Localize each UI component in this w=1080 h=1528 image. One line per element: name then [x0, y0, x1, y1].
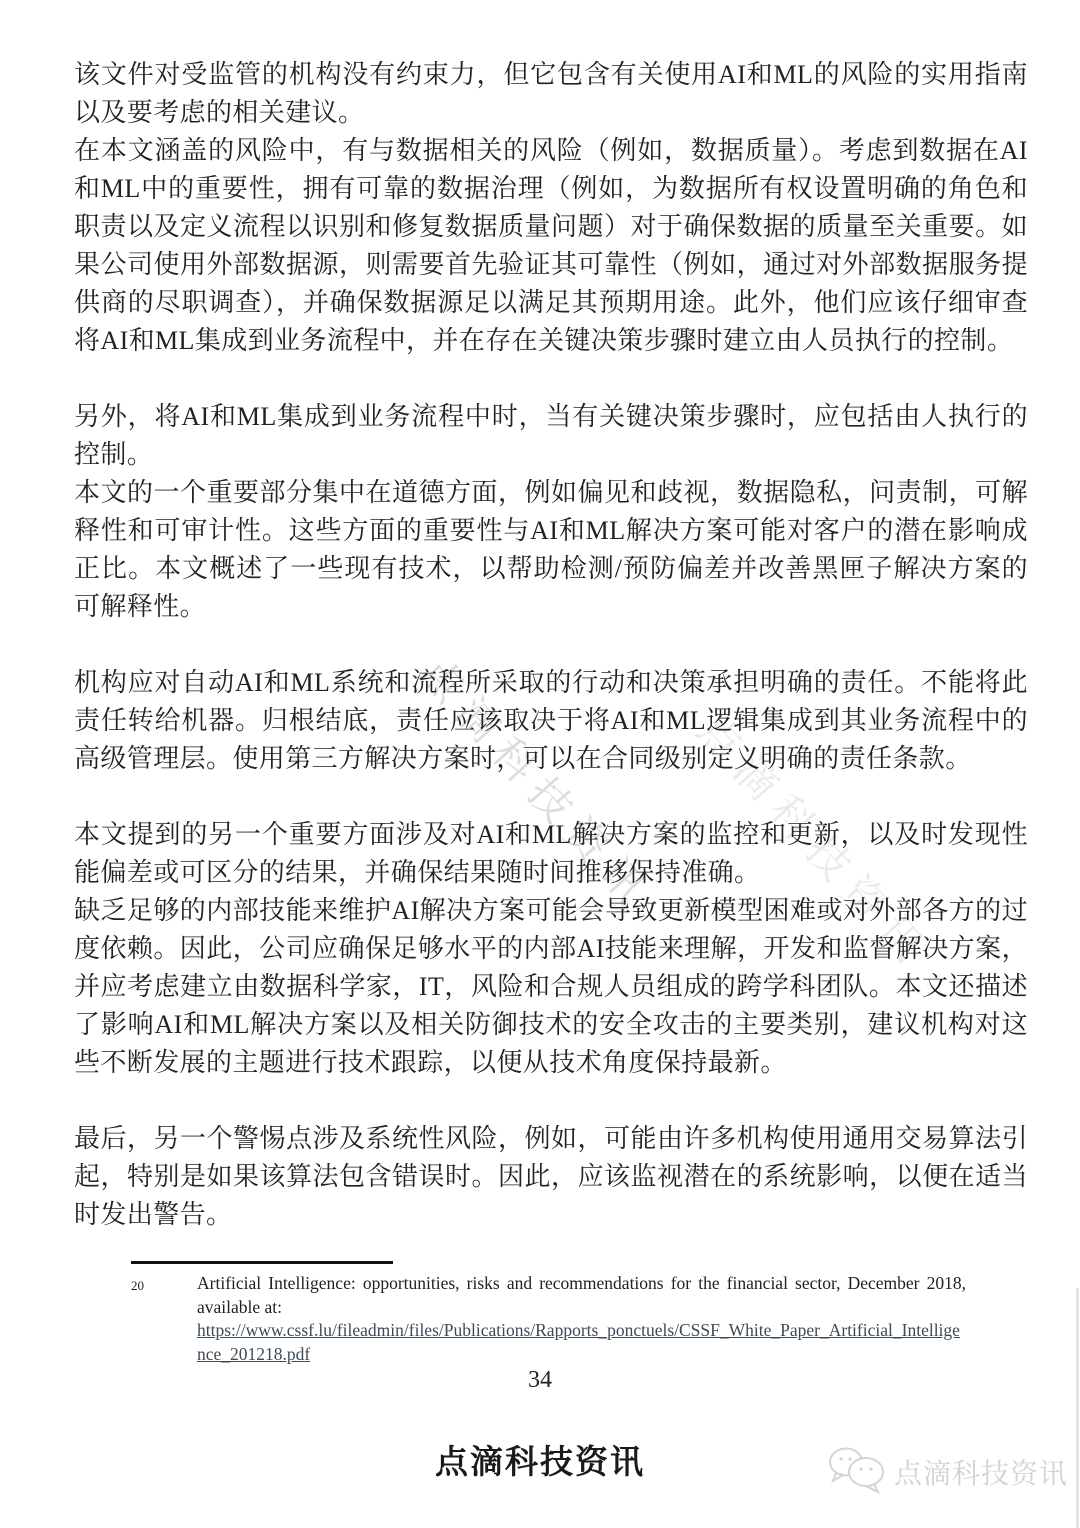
body-paragraph: 缺乏足够的内部技能来维护AI解决方案可能会导致更新模型困难或对外部各方的过度依赖… — [74, 892, 1028, 1082]
body-paragraph: 本文的一个重要部分集中在道德方面，例如偏见和歧视，数据隐私，问责制，可解释性和可… — [74, 474, 1028, 626]
body-paragraph: 在本文涵盖的风险中，有与数据相关的风险（例如，数据质量）。考虑到数据在AI和ML… — [74, 132, 1028, 360]
footnote-marker: 20 — [131, 1274, 144, 1298]
body-paragraph: 最后，另一个警惕点涉及系统性风险，例如，可能由许多机构使用通用交易算法引起，特别… — [74, 1120, 1028, 1234]
document-body: 该文件对受监管的机构没有约束力，但它包含有关使用AI和ML的风险的实用指南以及要… — [74, 56, 1028, 1234]
footnote-body: Artificial Intelligence: opportunities, … — [197, 1272, 966, 1366]
body-paragraph: 另外，将AI和ML集成到业务流程中时，当有关键决策步骤时，应包括由人执行的控制。 — [74, 398, 1028, 474]
footnote-link[interactable]: https://www.cssf.lu/fileadmin/files/Publ… — [197, 1319, 966, 1366]
right-edge-scroll-strip[interactable] — [1076, 1288, 1079, 1528]
document-page: 点滴科技资讯 点滴科技资讯 该文件对受监管的机构没有约束力，但它包含有关使用AI… — [0, 0, 1080, 1528]
footnote-text: Artificial Intelligence: opportunities, … — [197, 1273, 966, 1317]
body-paragraph: 该文件对受监管的机构没有约束力，但它包含有关使用AI和ML的风险的实用指南以及要… — [74, 56, 1028, 132]
footer-brand: 点滴科技资讯 — [0, 1436, 1080, 1483]
footnote: 20 Artificial Intelligence: opportunitie… — [131, 1272, 966, 1366]
body-paragraph: 本文提到的另一个重要方面涉及对AI和ML解决方案的监控和更新，以及时发现性能偏差… — [74, 816, 1028, 892]
page-number: 34 — [0, 1367, 1080, 1394]
footnote-separator — [131, 1261, 393, 1264]
body-paragraph: 机构应对自动AI和ML系统和流程所采取的行动和决策承担明确的责任。不能将此责任转… — [74, 664, 1028, 778]
